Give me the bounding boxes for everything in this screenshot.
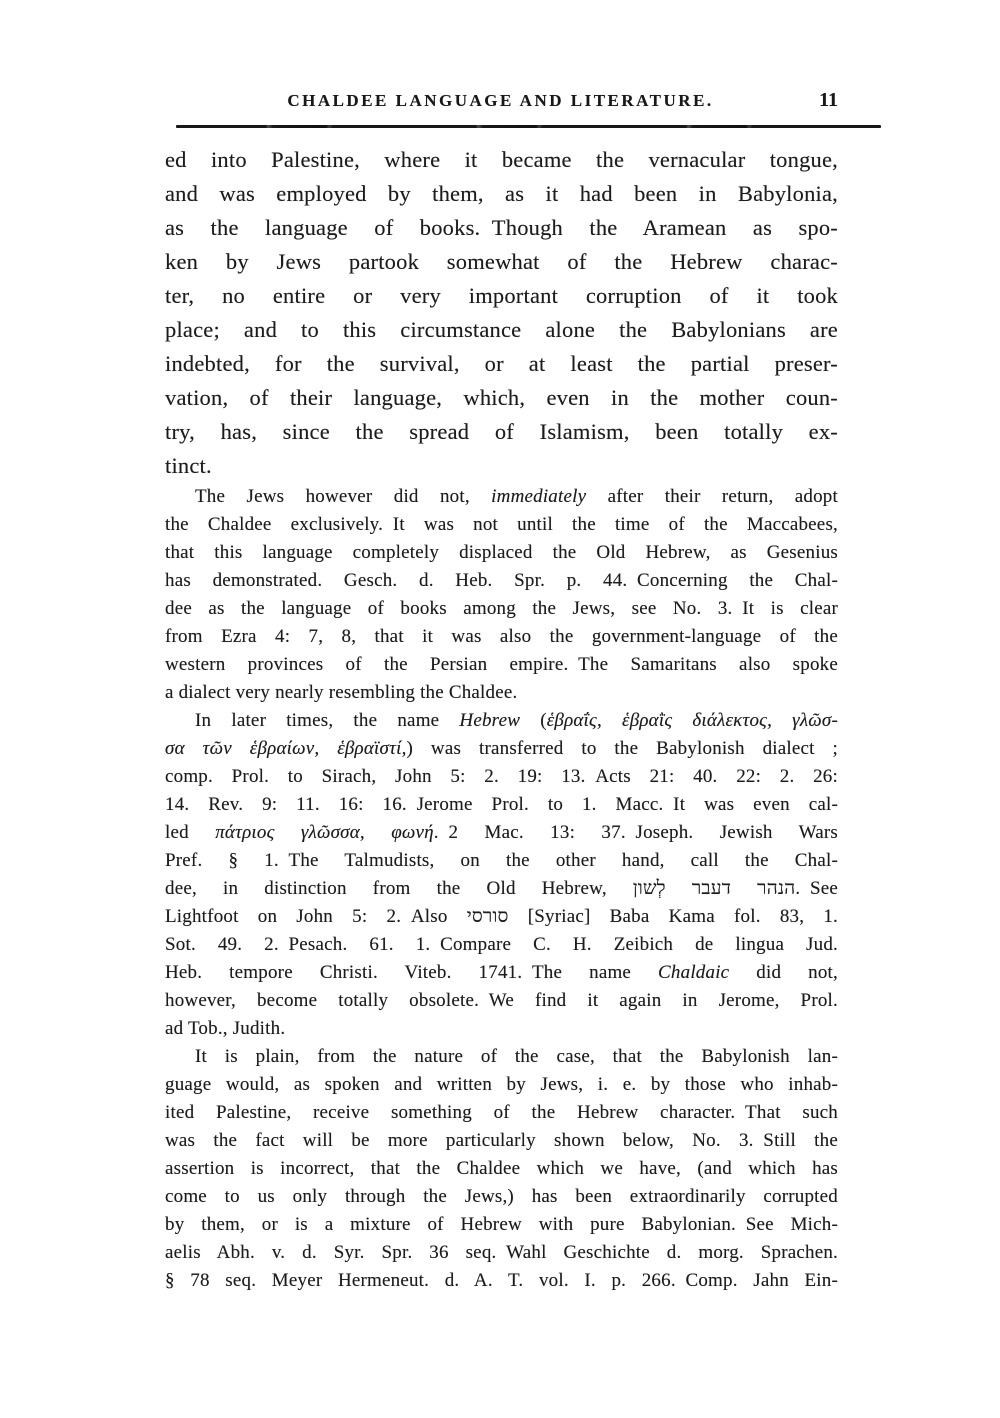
paragraph: In later times, the name Hebrew (ἑβραΐς,… [165, 707, 838, 1043]
text-line: try, has, since the spread of Islamism, … [165, 415, 838, 449]
text-line: come to us only through the Jews,) has b… [165, 1183, 838, 1211]
text-line: 14. Rev. 9: 11. 16: 16. Jerome Prol. to … [165, 791, 838, 819]
text-line: and was employed by them, as it had been… [165, 177, 838, 211]
text-line: dee, in distinction from the Old Hebrew,… [165, 875, 838, 903]
paragraph: It is plain, from the nature of the case… [165, 1043, 838, 1295]
text-line: the Chaldee exclusively. It was not unti… [165, 511, 838, 539]
text-line: by them, or is a mixture of Hebrew with … [165, 1211, 838, 1239]
text-body: ed into Palestine, where it became the v… [165, 143, 838, 1295]
text-line: tinct. [165, 449, 838, 483]
text-line: place; and to this circumstance alone th… [165, 313, 838, 347]
page-number: 11 [780, 89, 838, 112]
text-line: guage would, as spoken and written by Je… [165, 1071, 838, 1099]
text-line: as the language of books. Though the Ara… [165, 211, 838, 245]
paragraph: The Jews however did not, immediately af… [165, 483, 838, 707]
text-line: dee as the language of books among the J… [165, 595, 838, 623]
text-line: ter, no entire or very important corrupt… [165, 279, 838, 313]
text-line: ken by Jews partook somewhat of the Hebr… [165, 245, 838, 279]
text-line: ad Tob., Judith. [165, 1015, 838, 1043]
text-line: Pref. § 1. The Talmudists, on the other … [165, 847, 838, 875]
text-line: however, become totally obsolete. We fin… [165, 987, 838, 1015]
text-line: vation, of their language, which, even i… [165, 381, 838, 415]
text-line: Lightfoot on John 5: 2. Also סורסי‎ [Syr… [165, 903, 838, 931]
text-line: It is plain, from the nature of the case… [165, 1043, 838, 1071]
text-line: ited Palestine, receive something of the… [165, 1099, 838, 1127]
text-line: The Jews however did not, immediately af… [165, 483, 838, 511]
text-line: a dialect very nearly resembling the Cha… [165, 679, 838, 707]
text-line: was the fact will be more particularly s… [165, 1127, 838, 1155]
text-line: from Ezra 4: 7, 8, that it was also the … [165, 623, 838, 651]
text-line: § 78 seq. Meyer Hermeneut. d. A. T. vol.… [165, 1267, 838, 1295]
text-line: aelis Abh. v. d. Syr. Spr. 36 seq. Wahl … [165, 1239, 838, 1267]
text-line: that this language completely displaced … [165, 539, 838, 567]
paragraph: ed into Palestine, where it became the v… [165, 143, 838, 483]
text-line: assertion is incorrect, that the Chaldee… [165, 1155, 838, 1183]
text-line: Heb. tempore Christi. Viteb. 1741. The n… [165, 959, 838, 987]
text-line: led πάτριος γλῶσσα, φωνή. 2 Mac. 13: 37.… [165, 819, 838, 847]
running-header-title: CHALDEE LANGUAGE AND LITERATURE. [163, 91, 838, 111]
text-line: ed into Palestine, where it became the v… [165, 143, 838, 177]
header-rule [176, 125, 881, 128]
text-line: σα τῶν ἑβραίων, ἑβραϊστί,) was transferr… [165, 735, 838, 763]
text-line: Sot. 49. 2. Pesach. 61. 1. Compare C. H.… [165, 931, 838, 959]
text-line: comp. Prol. to Sirach, John 5: 2. 19: 13… [165, 763, 838, 791]
text-line: In later times, the name Hebrew (ἑβραΐς,… [165, 707, 838, 735]
text-line: indebted, for the survival, or at least … [165, 347, 838, 381]
text-line: has demonstrated. Gesch. d. Heb. Spr. p.… [165, 567, 838, 595]
text-line: western provinces of the Persian empire.… [165, 651, 838, 679]
scanned-book-page: CHALDEE LANGUAGE AND LITERATURE. 11 ed i… [0, 0, 1000, 1418]
